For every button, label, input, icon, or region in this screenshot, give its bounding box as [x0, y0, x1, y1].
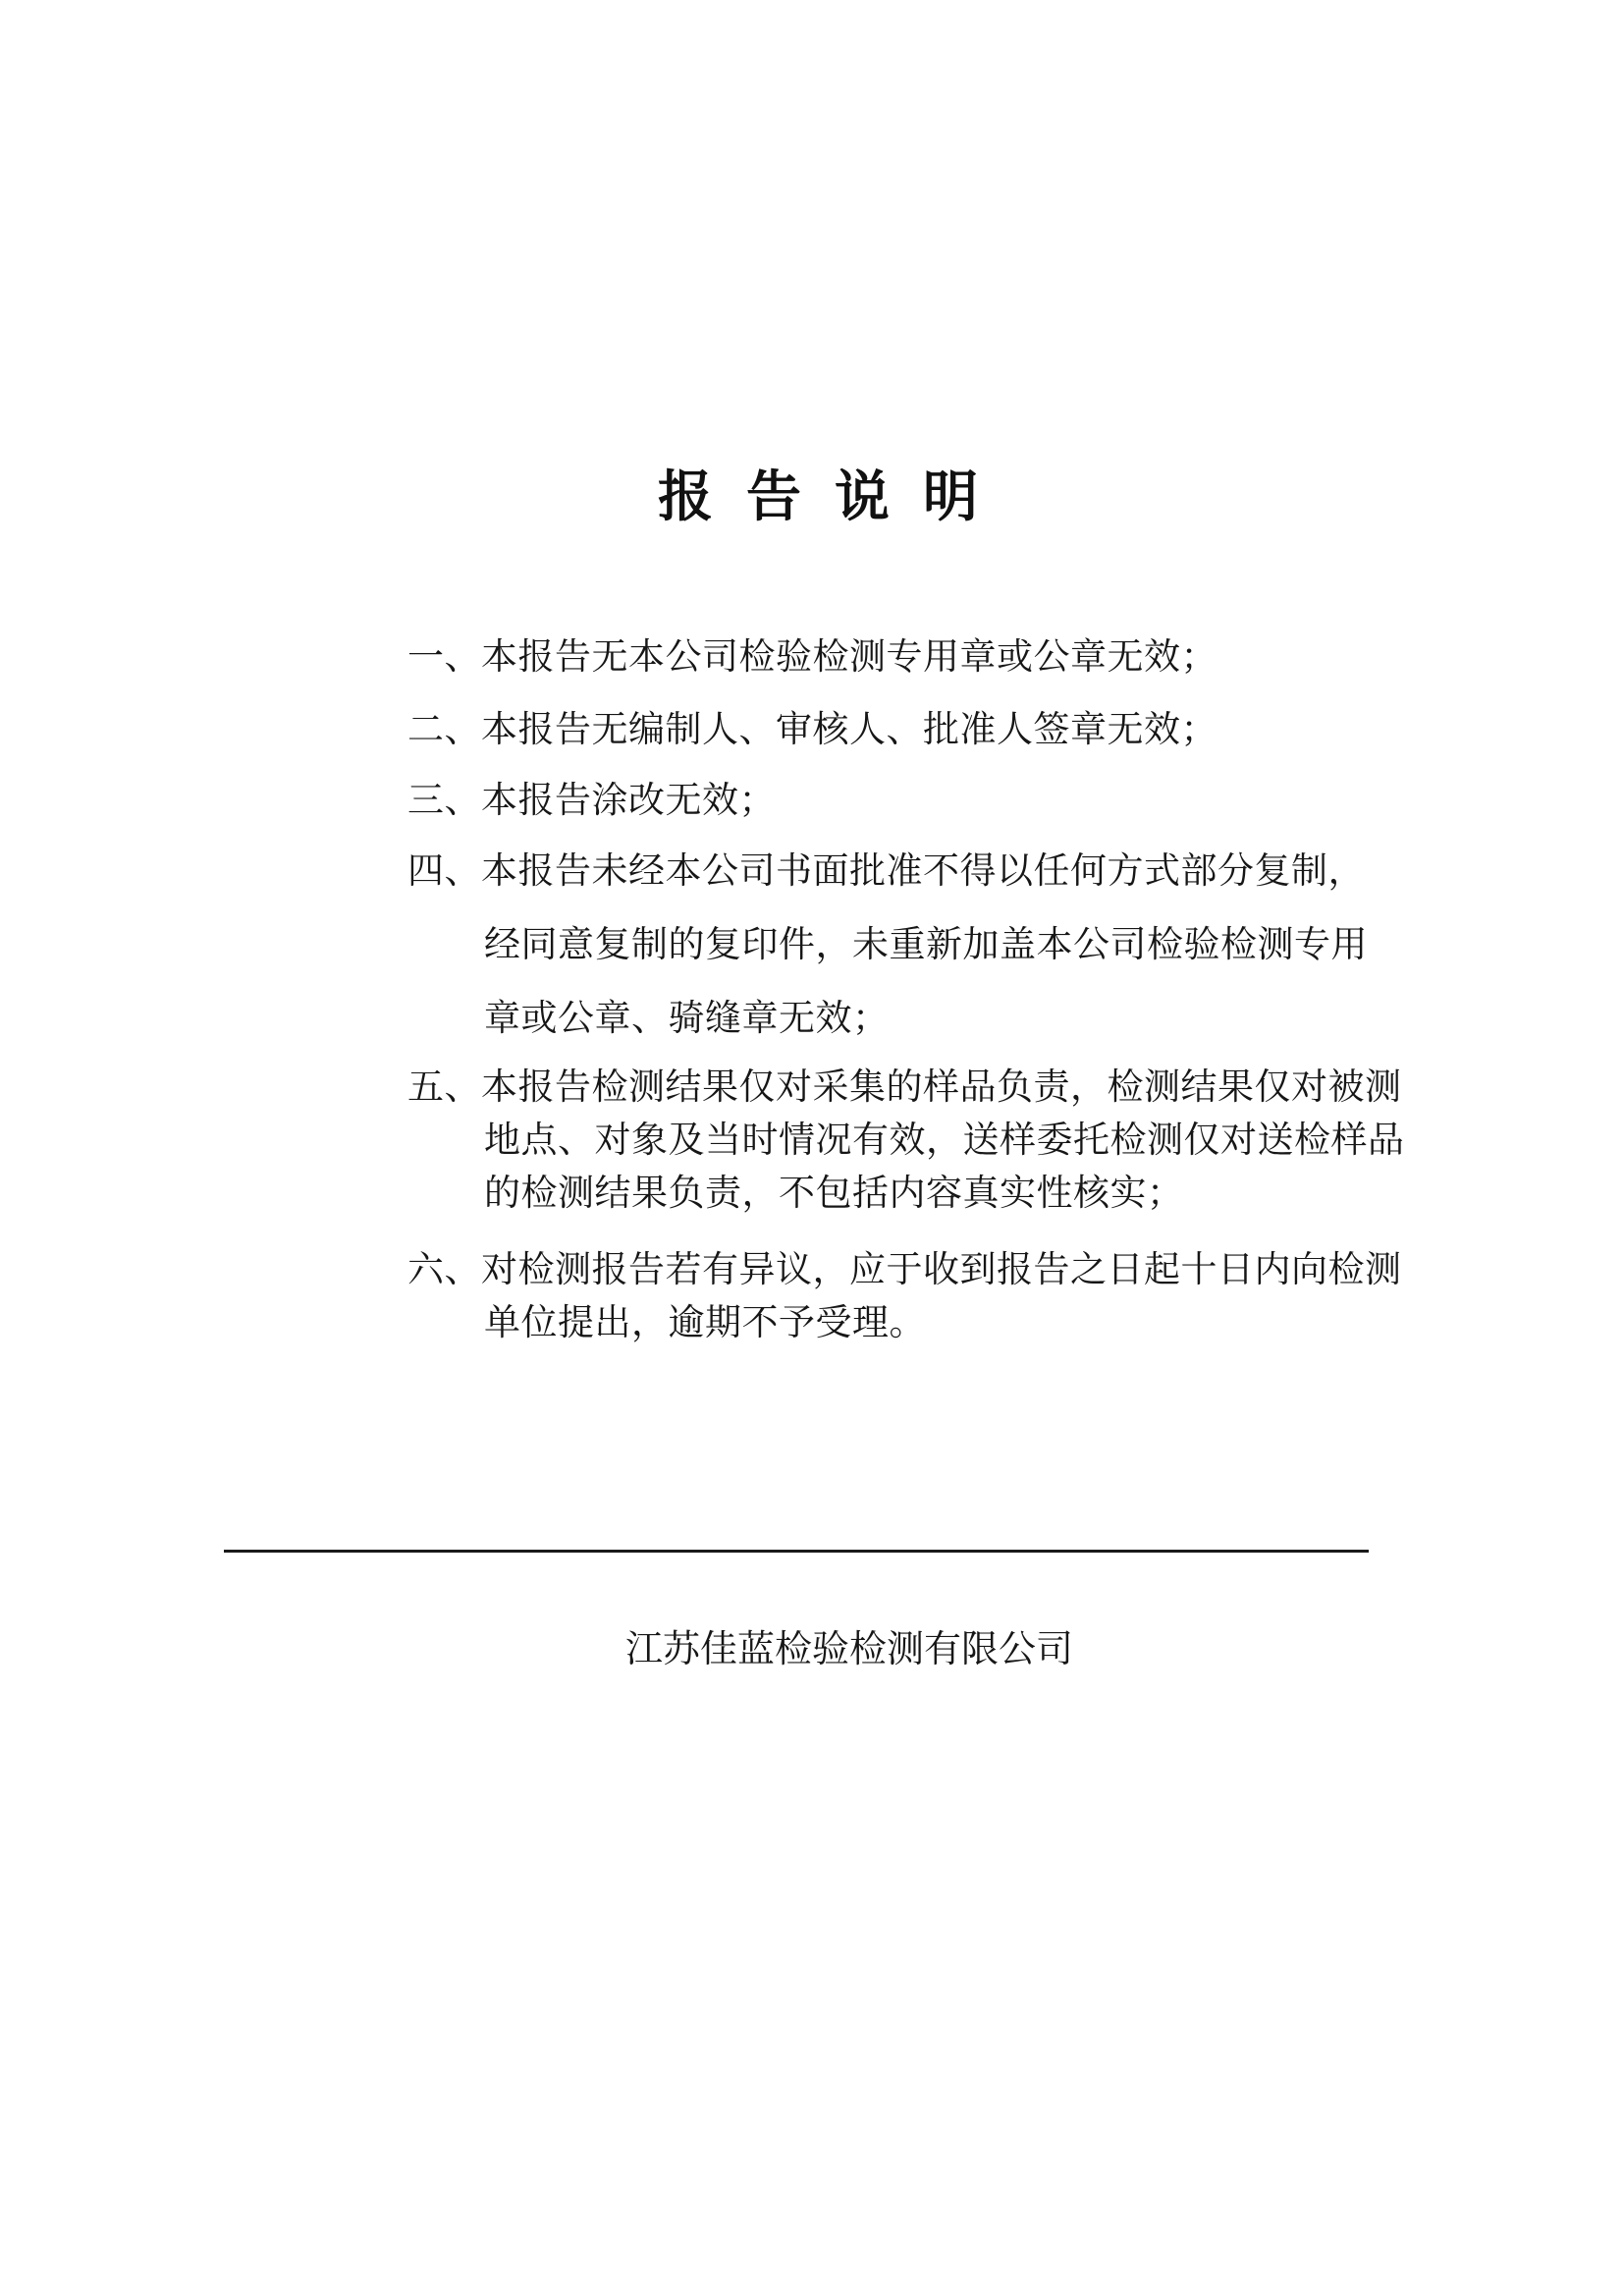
- notice-line: 地点、对象及当时情况有效，送样委托检测仅对送检样品: [484, 1110, 1405, 1163]
- notice-line: 六、对检测报告若有异议，应于收到报告之日起十日内向检测: [407, 1239, 1402, 1292]
- notice-line: 三、本报告涂改无效；: [407, 770, 776, 823]
- notice-line: 五、本报告检测结果仅对采集的样品负责，检测结果仅对被测: [407, 1057, 1402, 1110]
- notice-line: 章或公章、骑缝章无效；: [484, 988, 890, 1041]
- company-name: 江苏佳蓝检验检测有限公司: [0, 1618, 1623, 1672]
- notice-line: 四、本报告未经本公司书面批准不得以任何方式部分复制，: [407, 841, 1365, 894]
- page-title: 报告说明: [0, 454, 1623, 532]
- notice-line: 的检测结果负责，不包括内容真实性核实；: [484, 1163, 1184, 1216]
- notice-line: 单位提出，逾期不予受理。: [484, 1292, 926, 1345]
- notice-line: 经同意复制的复印件，未重新加盖本公司检验检测专用: [484, 914, 1368, 967]
- divider-rule: [224, 1550, 1369, 1553]
- notice-line: 二、本报告无编制人、审核人、批准人签章无效；: [407, 699, 1217, 752]
- notice-line: 一、本报告无本公司检验检测专用章或公章无效；: [407, 627, 1217, 680]
